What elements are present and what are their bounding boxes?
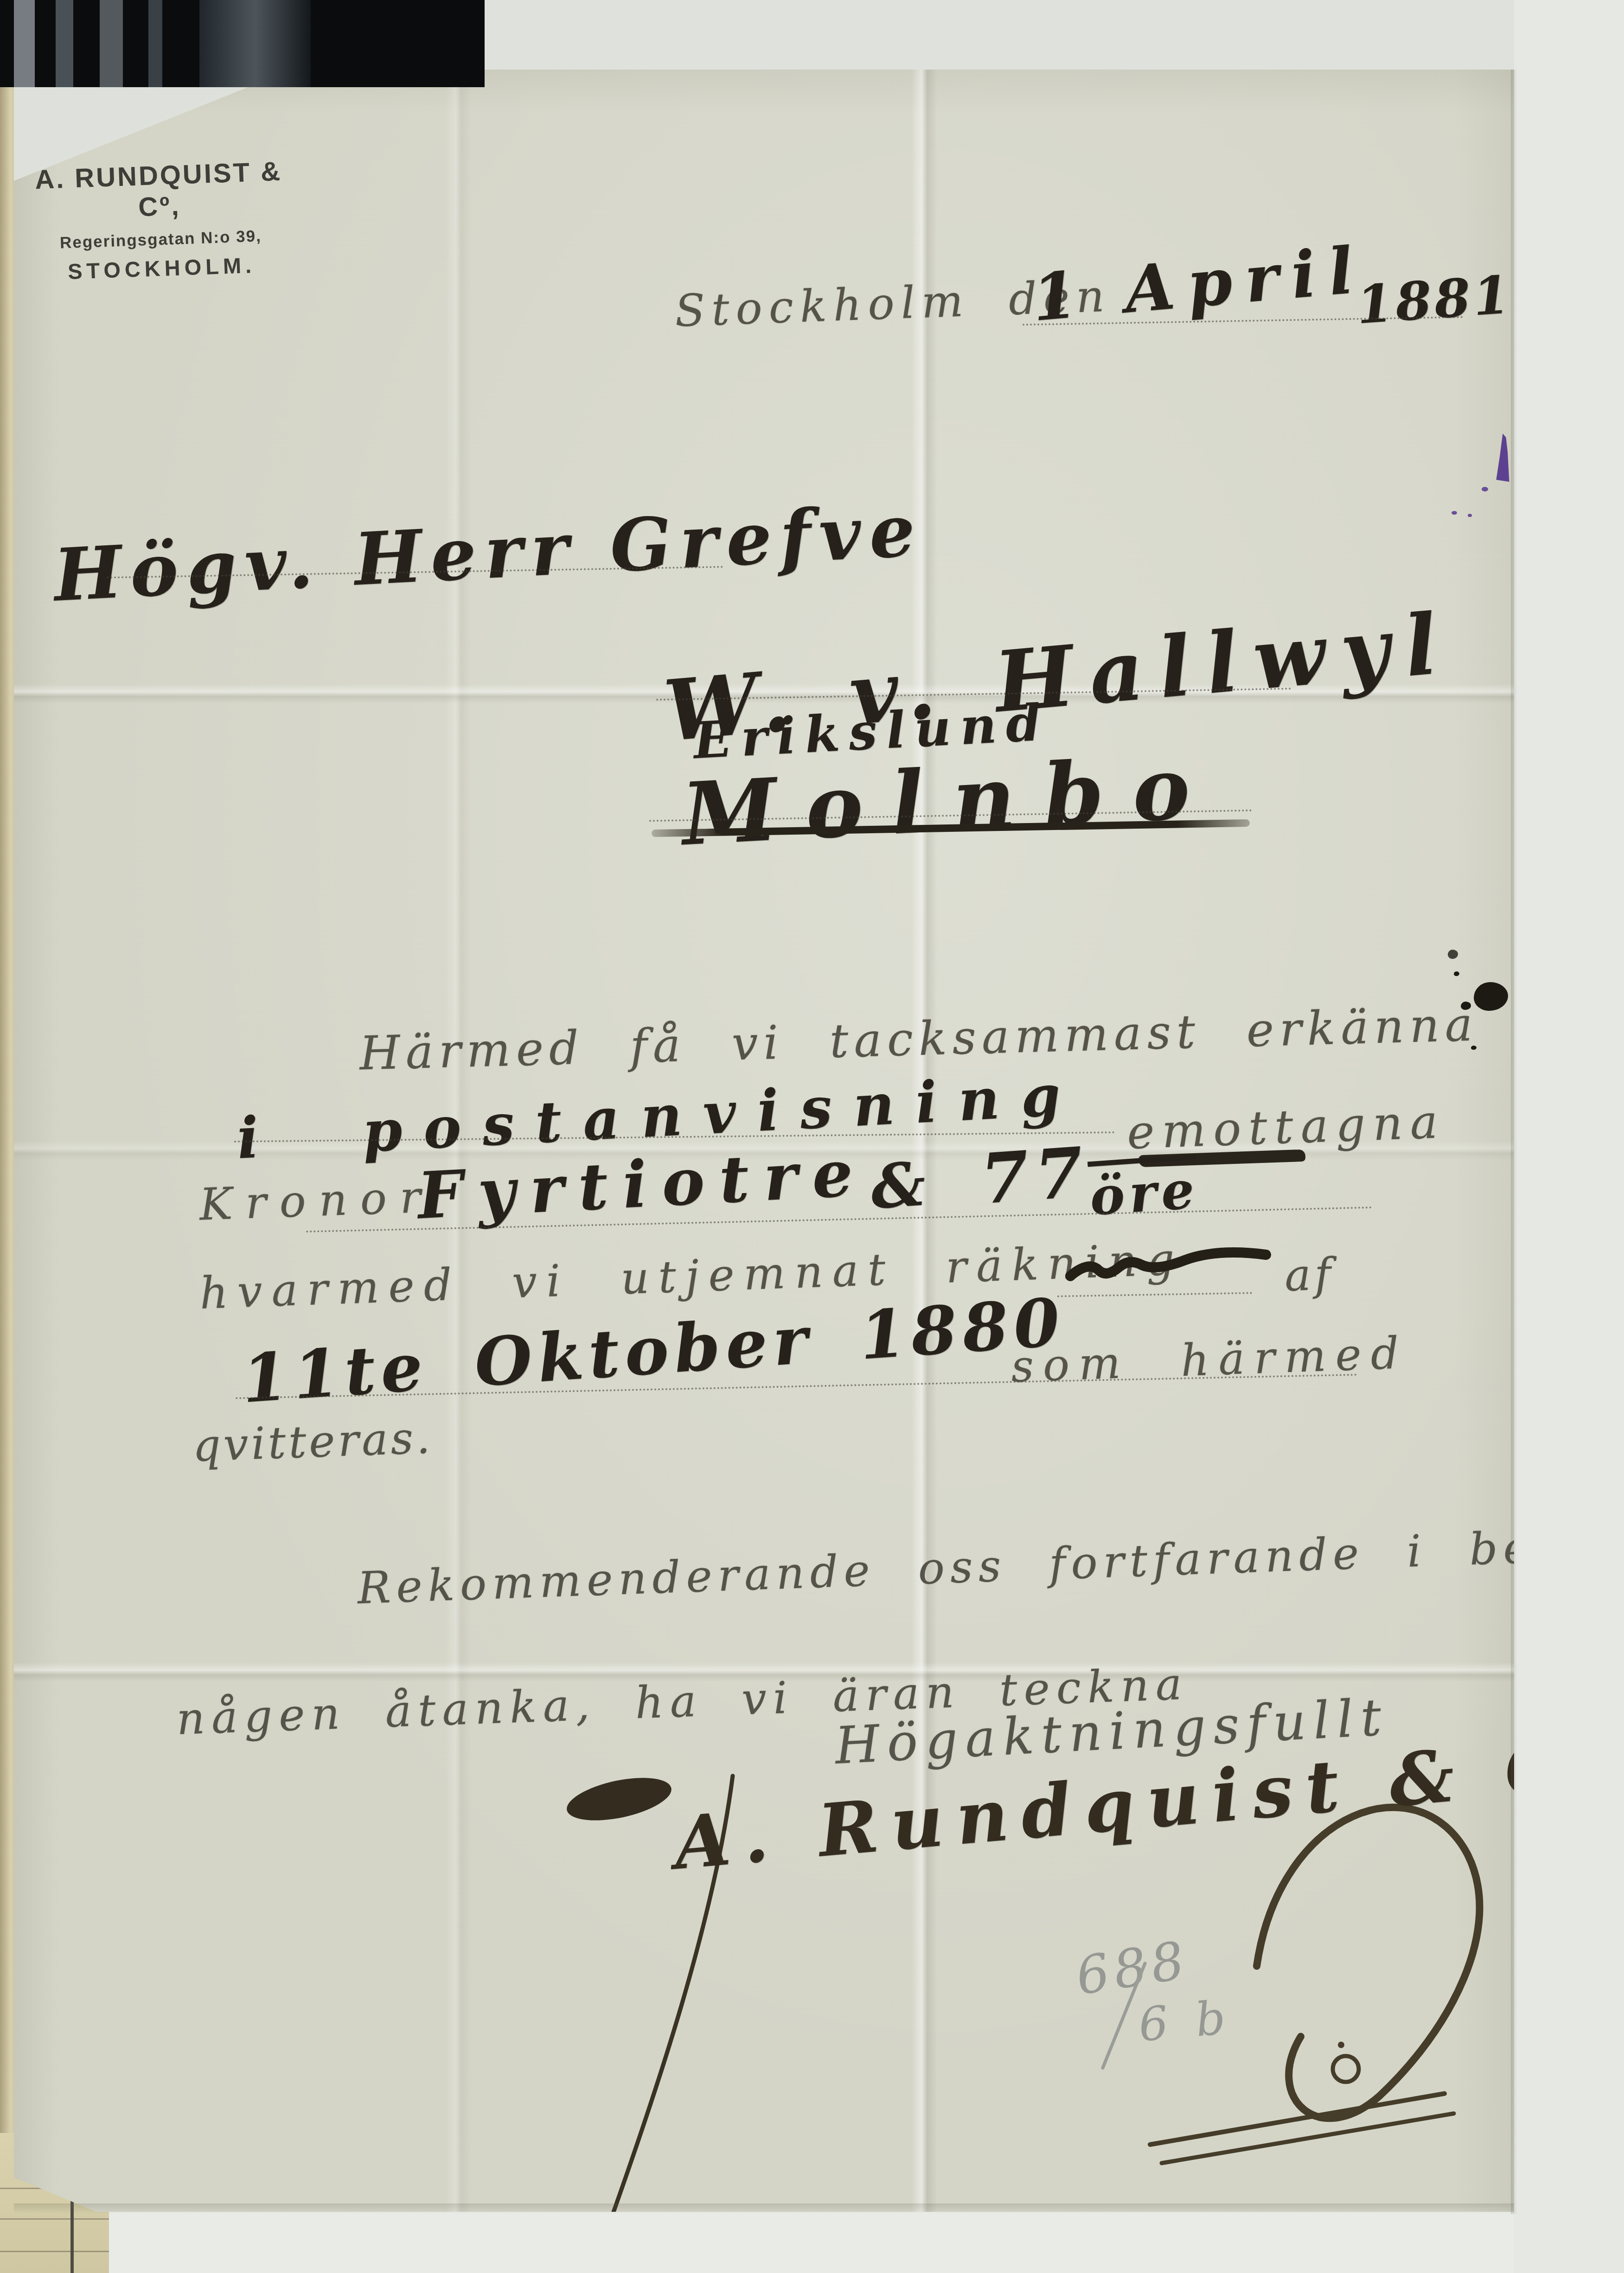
amount-number: 77	[978, 1131, 1092, 1220]
body-herewith: som härmed	[1010, 1328, 1409, 1392]
archive-code: 6 b	[1136, 1990, 1234, 2052]
dateline-year: 1881.	[1355, 263, 1535, 336]
body-settle-of: af	[1284, 1249, 1336, 1302]
body-receipted: qvitteras.	[192, 1412, 434, 1472]
purple-speck	[1482, 487, 1488, 492]
amount-ampersand: &	[869, 1148, 928, 1223]
form-line	[1057, 1292, 1252, 1297]
letterhead-company: A. RUNDQUIST & Cº,	[24, 155, 294, 227]
letter-right-edge-shadow	[1511, 70, 1517, 2214]
body-closing-line1: Rekommenderande oss fortfarande i be=	[357, 1520, 1578, 1614]
letterhead-city: STOCKHOLM.	[27, 251, 297, 286]
backing-sheet-right	[1514, 0, 1624, 2273]
letter-sheet: A. RUNDQUIST & Cº, Regeringsgatan N:o 39…	[14, 70, 1514, 2212]
purple-speck	[1468, 514, 1472, 517]
letter-bottom-edge-shadow	[14, 2203, 1514, 2214]
letterhead-street: Regeringsgatan N:o 39,	[26, 226, 295, 254]
purple-speck	[1451, 511, 1457, 515]
amount-unit: öre	[1088, 1159, 1201, 1227]
document-edge-stripe	[148, 0, 162, 87]
document-edge-stripe	[100, 0, 123, 87]
ink-speck	[1448, 950, 1458, 959]
body-currency: Kronor	[198, 1171, 435, 1231]
ink-speck	[1454, 971, 1459, 976]
ruled-line	[0, 2251, 109, 2252]
document-edge-stripe	[14, 0, 35, 87]
scanner-background	[0, 0, 485, 87]
black-ink-blot	[1474, 982, 1508, 1011]
letterhead: A. RUNDQUIST & Cº, Regeringsgatan N:o 39…	[24, 155, 297, 286]
scanned-letter-page: { "letterhead": { "company": "A. RUNDQUI…	[0, 0, 1624, 2273]
strike-scribble	[1067, 1247, 1271, 1289]
ruled-line	[0, 2218, 109, 2220]
document-edge-stripe	[199, 0, 311, 87]
document-edge-stripe	[56, 0, 73, 87]
recipient-salutation: Högv. Herr Grefve	[51, 487, 925, 618]
